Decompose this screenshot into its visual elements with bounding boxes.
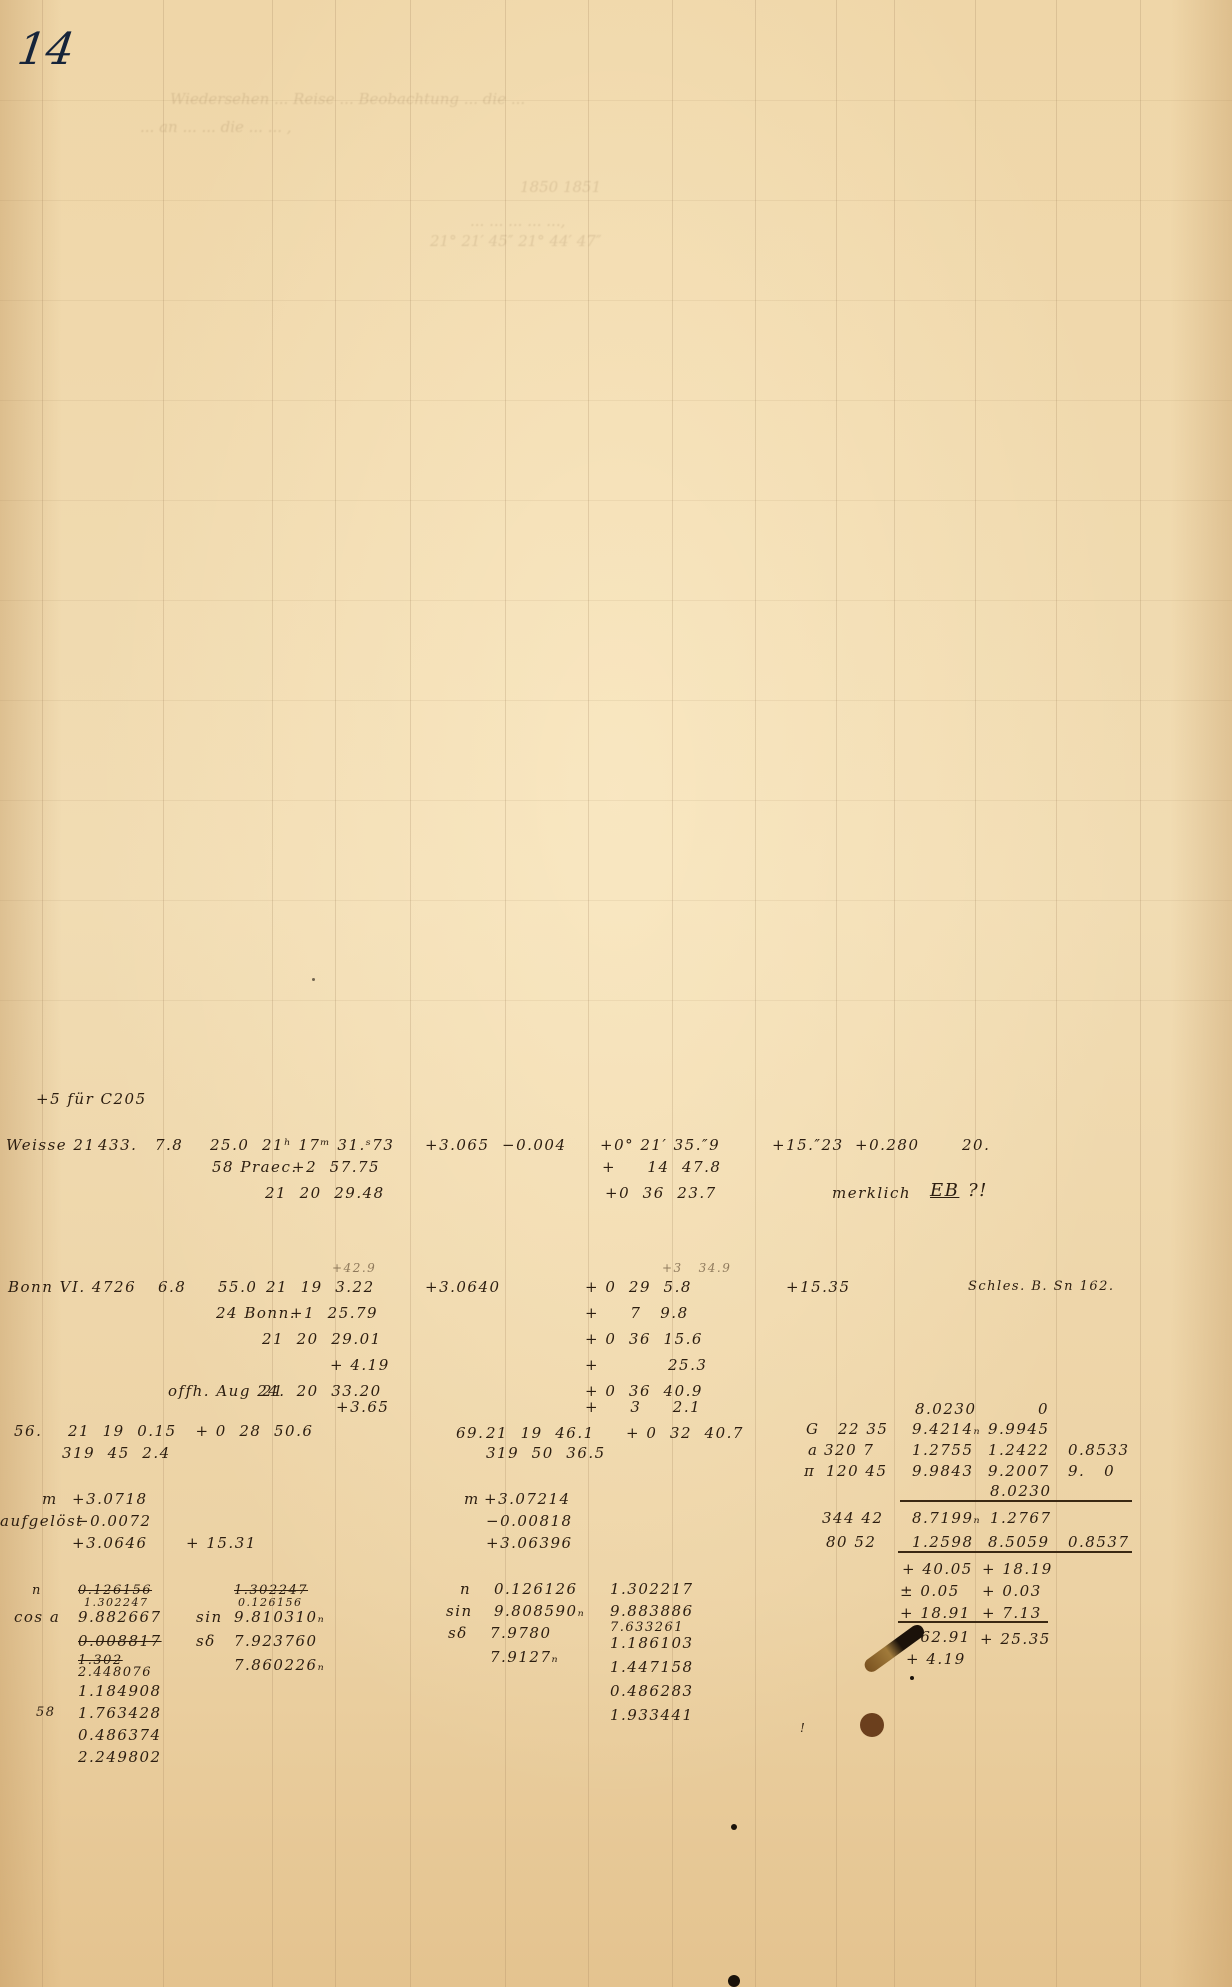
bleed-through-text: 21° 21′ 45″ 21° 44′ 47″ <box>430 232 601 250</box>
log-mid-col2: 1.447158 <box>610 1660 694 1675</box>
bonn-decl: + 0 29 5.8 <box>585 1280 692 1295</box>
reduction-result-c1: 8.7199ₙ <box>912 1511 981 1526</box>
bonn-pm: +15.35 <box>786 1280 851 1295</box>
ink-speck <box>910 1676 914 1680</box>
sum-line <box>898 1621 1048 1623</box>
log-right-sd-value: 7.923760 <box>234 1634 318 1649</box>
column-rule <box>505 0 506 1987</box>
column-rule <box>894 0 895 1987</box>
log-left-label-n: n <box>32 1584 42 1597</box>
log-mid-col2: 7.633261 <box>610 1621 684 1634</box>
margin-mark: ! <box>800 1722 806 1734</box>
reduction-sum-c2: + 7.13 <box>982 1606 1042 1621</box>
log-mid-sd-value2: 7.9127ₙ <box>490 1650 559 1665</box>
log-mid-label-n: n <box>460 1582 471 1597</box>
reduction-sum-c2: + 18.19 <box>982 1562 1053 1577</box>
weisse-remark-tail: ?! <box>968 1182 988 1200</box>
year69-m-label: m <box>464 1492 480 1507</box>
year56-label: 56. <box>14 1424 42 1439</box>
bonn-row-decl: + 0 36 15.6 <box>585 1332 703 1347</box>
weisse-col: 25.0 <box>210 1138 249 1153</box>
reduction-subtotal: 8.0230 <box>990 1484 1052 1499</box>
ink-blot-stain <box>860 1713 884 1737</box>
reduction-sym: π <box>804 1464 815 1479</box>
weisse-corr2: −0.004 <box>502 1138 567 1153</box>
log-right-label-sin: sin <box>196 1610 223 1625</box>
log-left-struck: 0.008817 <box>78 1634 162 1649</box>
row-rule <box>0 700 1232 701</box>
year56-sum: +3.0646 <box>72 1536 148 1551</box>
log-right-label-sd: sδ <box>196 1634 216 1649</box>
reduction-extra: + 4.19 <box>906 1652 966 1667</box>
log-left-above: 1.302247 <box>84 1597 149 1608</box>
weisse-sub2-ra: 21 20 29.48 <box>265 1186 385 1201</box>
folio-number: 14 <box>14 24 77 75</box>
reduction-result-c2: 8.5059 <box>988 1535 1050 1550</box>
reduction-result-c3: 0.8537 <box>1068 1535 1130 1550</box>
bleed-through-text: 1850 1851 <box>520 178 601 196</box>
log-right-sin-value: 9.810310ₙ <box>234 1610 325 1625</box>
bleed-through-text: ... an ... ... die ... ... , <box>140 118 292 136</box>
bonn-mag: 6.8 <box>158 1280 186 1295</box>
weisse-pm: +15.″23 <box>772 1138 844 1153</box>
bonn-row-decl: + 3 2.1 <box>585 1400 701 1415</box>
weisse-sub1-ra: +2 57.75 <box>292 1160 380 1175</box>
log-right-value: 7.860226ₙ <box>234 1658 325 1673</box>
column-rule <box>42 0 43 1987</box>
year56-line2: 319 45 2.4 <box>62 1446 171 1461</box>
year56-corr-label: aufgelöst <box>0 1514 84 1529</box>
row-rule <box>0 900 1232 901</box>
column-rule <box>755 0 756 1987</box>
weisse-sub1-decl: + 14 47.8 <box>602 1160 721 1175</box>
weisse-remark: merklich <box>832 1186 911 1201</box>
log-left-value: 9.882667 <box>78 1610 162 1625</box>
log-mid-col2: 1.933441 <box>610 1708 694 1723</box>
ink-speck <box>728 1975 740 1987</box>
reduction-c2: 1.2422 <box>988 1443 1050 1458</box>
year69-line1: 21 19 46.1 + 0 32 40.7 <box>486 1426 744 1441</box>
year56-m-value: +3.0718 <box>72 1492 148 1507</box>
log-left-label-58: 58 <box>36 1706 56 1719</box>
weisse-sub2-decl: +0 36 23.7 <box>605 1186 717 1201</box>
reduction-sum-c1: ± 0.05 <box>900 1584 960 1599</box>
bonn-above-decl: +3 34.9 <box>662 1262 731 1274</box>
log-mid-label-sin: sin <box>446 1604 473 1619</box>
year56-pm: + 15.31 <box>186 1536 257 1551</box>
reduction-c1: 9.4214ₙ <box>912 1422 981 1437</box>
reduction-sum-c2: + 0.03 <box>982 1584 1042 1599</box>
log-mid-col2: 1.186103 <box>610 1636 694 1651</box>
log-left-value: 0.486374 <box>78 1728 162 1743</box>
weisse-pm2: +0.280 <box>855 1138 920 1153</box>
column-rule <box>335 0 336 1987</box>
ink-speck <box>312 978 315 981</box>
reduction-c2: 9.9945 <box>988 1422 1050 1437</box>
sum-line <box>898 1551 1132 1553</box>
reduction-result-c1: 1.2598 <box>912 1535 974 1550</box>
reduction-a: 320 7 <box>824 1443 874 1458</box>
bonn-row-ra: + 4.19 <box>330 1358 390 1373</box>
year56-corr-value: −0.0072 <box>76 1514 152 1529</box>
log-mid-sd-value: 7.9780 <box>490 1626 552 1641</box>
row-rule <box>0 300 1232 301</box>
bonn-row-decl: + 0 36 40.9 <box>585 1384 703 1399</box>
bonn-corr: +3.0640 <box>425 1280 501 1295</box>
year69-m-value: +3.07214 <box>484 1492 571 1507</box>
sum-line <box>900 1500 1132 1502</box>
row-rule <box>0 600 1232 601</box>
weisse-ra: 21ʰ 17ᵐ 31.ˢ73 <box>262 1138 394 1153</box>
log-left-above: 2.448076 <box>78 1666 152 1679</box>
bleed-through-text: ... ... ... ... ..., <box>470 212 565 230</box>
weisse-ref: 20. <box>962 1138 990 1153</box>
column-rule <box>1056 0 1057 1987</box>
weisse-remark-symbol: EB <box>930 1182 959 1200</box>
weisse-sub1-label: 58 Praec. <box>212 1160 298 1175</box>
row-rule <box>0 200 1232 201</box>
reduction-top-c2: 0 <box>1038 1402 1049 1417</box>
bonn-col: 55.0 <box>218 1280 257 1295</box>
year69-sum: +3.06396 <box>486 1536 573 1551</box>
row-rule <box>0 400 1232 401</box>
reduction-c2: 9.2007 <box>988 1464 1050 1479</box>
year56-m-label: m <box>42 1492 58 1507</box>
log-mid-col2: 0.486283 <box>610 1684 694 1699</box>
reduction-result-a: 80 52 <box>826 1535 876 1550</box>
log-right-above: 0.126156 <box>238 1597 303 1608</box>
year69-label: 69. <box>456 1426 484 1441</box>
log-left-value: 1.763428 <box>78 1706 162 1721</box>
reduction-c3: 9. 0 <box>1068 1464 1115 1479</box>
reduction-result-c2: 1.2767 <box>990 1511 1052 1526</box>
reduction-sym: G <box>806 1422 819 1437</box>
weisse-star-no: 433. <box>98 1138 137 1153</box>
column-rule <box>975 0 976 1987</box>
reduction-result-a: 344 42 <box>822 1511 884 1526</box>
bonn-row-decl: + 7 9.8 <box>585 1306 689 1321</box>
log-mid-n-value: 0.126126 <box>494 1582 578 1597</box>
weisse-corr1: +3.065 <box>425 1138 490 1153</box>
column-rule <box>588 0 589 1987</box>
bonn-row-ra: 21 20 33.20 <box>262 1384 382 1399</box>
bonn-row-ra: +3.65 <box>336 1400 389 1415</box>
bonn-row-label: 24 Bonn. <box>216 1306 296 1321</box>
year69-corr-value: −0.00818 <box>486 1514 573 1529</box>
log-left-value: 2.249802 <box>78 1750 162 1765</box>
column-rule <box>836 0 837 1987</box>
header-note: +5 für C205 <box>36 1092 147 1107</box>
row-rule <box>0 500 1232 501</box>
column-rule <box>410 0 411 1987</box>
bonn-label: Bonn VI. 4726 <box>8 1280 136 1295</box>
reduction-sum-c1: + 18.91 <box>900 1606 971 1621</box>
reduction-a: 22 35 <box>838 1422 888 1437</box>
bonn-row-ra: 21 20 29.01 <box>262 1332 382 1347</box>
bleed-through-text: Wiedersehen ... Reise ... Beobachtung ..… <box>170 90 525 108</box>
reduction-c3: 0.8533 <box>1068 1443 1130 1458</box>
weisse-decl: +0° 21′ 35.″9 <box>600 1138 720 1153</box>
column-rule <box>1140 0 1141 1987</box>
reduction-top-c1: 8.0230 <box>915 1402 977 1417</box>
reduction-sym: a <box>808 1443 818 1458</box>
log-left-label-cos: cos a <box>14 1610 60 1625</box>
log-left-value: 1.184908 <box>78 1684 162 1699</box>
bonn-row-decl: + 25.3 <box>585 1358 707 1373</box>
column-rule <box>272 0 273 1987</box>
reduction-c1: 9.9843 <box>912 1464 974 1479</box>
weisse-label: Weisse 21 <box>6 1138 96 1153</box>
year56-line1: 21 19 0.15 + 0 28 50.6 <box>68 1424 313 1439</box>
row-rule <box>0 1000 1232 1001</box>
column-rule <box>163 0 164 1987</box>
reduction-a: 120 45 <box>826 1464 888 1479</box>
log-mid-col2: 1.302217 <box>610 1582 694 1597</box>
reduction-sum-c1: + 40.05 <box>902 1562 973 1577</box>
manuscript-page: Wiedersehen ... Reise ... Beobachtung ..… <box>0 0 1232 1987</box>
log-mid-col2: 9.883886 <box>610 1604 694 1619</box>
weisse-mag: 7.8 <box>155 1138 183 1153</box>
log-mid-sin-value: 9.808590ₙ <box>494 1604 585 1619</box>
year69-line2: 319 50 36.5 <box>486 1446 606 1461</box>
bonn-remark: Schles. B. Sn 162. <box>968 1280 1115 1293</box>
row-rule <box>0 800 1232 801</box>
bonn-row-ra: +1 25.79 <box>290 1306 378 1321</box>
reduction-c1: 1.2755 <box>912 1443 974 1458</box>
reduction-total-c2: + 25.35 <box>980 1632 1051 1647</box>
bonn-ra: 21 19 3.22 <box>266 1280 375 1295</box>
log-mid-label-sd: sδ <box>448 1626 468 1641</box>
bonn-above-ra: +42.9 <box>332 1262 376 1274</box>
ink-speck <box>731 1824 737 1830</box>
